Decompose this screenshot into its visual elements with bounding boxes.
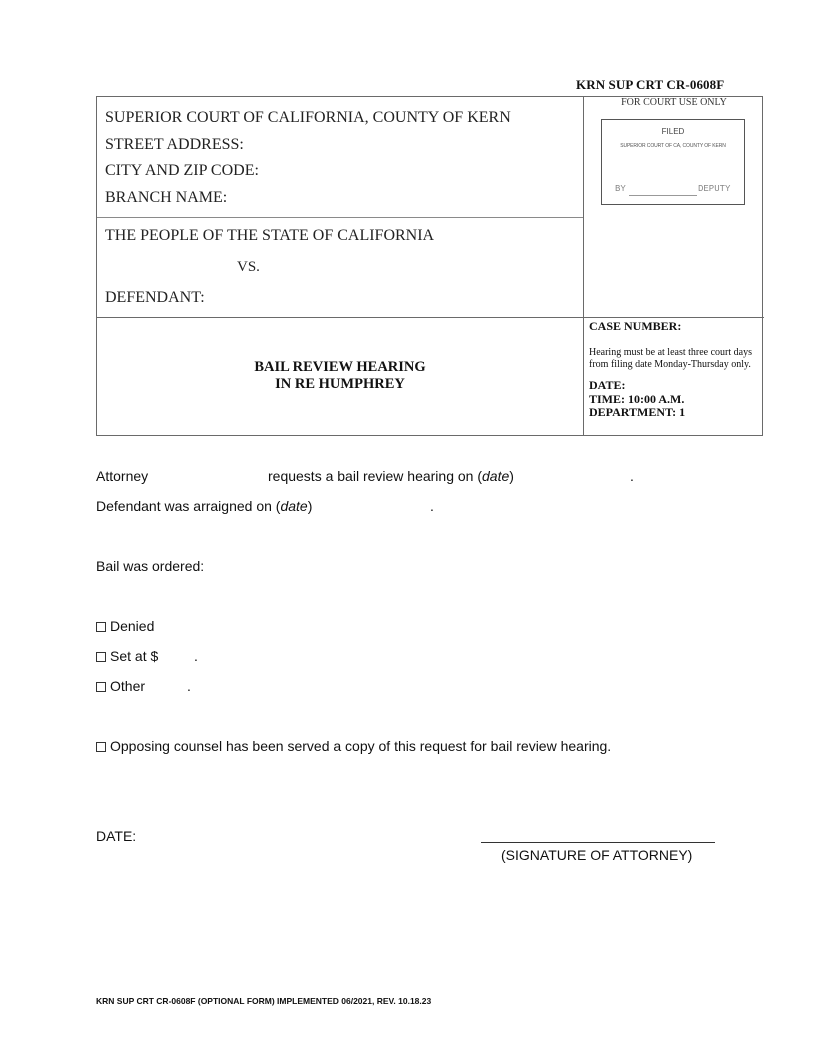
hearing-title: BAIL REVIEW HEARING IN RE HUMPHREY — [97, 359, 583, 393]
branch-name-field[interactable]: BRANCH NAME: — [105, 185, 511, 212]
other-field[interactable]: . — [187, 678, 191, 694]
divider — [97, 217, 583, 218]
signature-date-field[interactable]: DATE: — [96, 828, 136, 844]
attorney-request-line: Attorney requests a bail review hearing … — [96, 468, 148, 484]
checkbox-icon[interactable] — [96, 622, 106, 632]
option-other[interactable]: Other . — [96, 678, 145, 694]
arraigned-line: Defendant was arraigned on (date) . — [96, 498, 312, 514]
arraigned-text: Defendant was arraigned on (date) — [96, 498, 312, 514]
case-info: CASE NUMBER: Hearing must be at least th… — [589, 319, 759, 420]
filed-title: FILED — [602, 127, 744, 136]
checkbox-icon[interactable] — [96, 742, 106, 752]
versus: VS. — [105, 256, 434, 287]
bail-ordered-label: Bail was ordered: — [96, 558, 204, 574]
checkbox-icon[interactable] — [96, 682, 106, 692]
checkbox-icon[interactable] — [96, 652, 106, 662]
served-checkbox[interactable]: Opposing counsel has been served a copy … — [96, 738, 611, 754]
request-date-field[interactable]: . — [630, 468, 634, 484]
plaintiff: THE PEOPLE OF THE STATE OF CALIFORNIA — [105, 225, 434, 256]
filed-stamp-box: FILED SUPERIOR COURT OF CA, COUNTY OF KE… — [601, 119, 745, 205]
city-zip-field[interactable]: CITY AND ZIP CODE: — [105, 158, 511, 185]
court-name: SUPERIOR COURT OF CALIFORNIA, COUNTY OF … — [105, 105, 511, 132]
option-denied[interactable]: Denied — [96, 618, 154, 634]
street-address-field[interactable]: STREET ADDRESS: — [105, 132, 511, 159]
bail-amount-field[interactable]: . — [194, 648, 198, 664]
hearing-title-line2: IN RE HUMPHREY — [97, 376, 583, 393]
arraigned-date-field[interactable]: . — [430, 498, 434, 514]
hearing-date-field[interactable]: DATE: — [589, 379, 759, 393]
parties: THE PEOPLE OF THE STATE OF CALIFORNIA VS… — [105, 225, 434, 318]
filed-subtitle: SUPERIOR COURT OF CA, COUNTY OF KERN — [602, 143, 744, 149]
footer: KRN SUP CRT CR-0608F (OPTIONAL FORM) IMP… — [96, 996, 431, 1006]
hearing-time: TIME: 10:00 A.M. — [589, 393, 759, 407]
deputy-signature-line — [629, 195, 697, 196]
option-set-at[interactable]: Set at $ . — [96, 648, 158, 664]
attorney-label: Attorney — [96, 468, 148, 484]
signature-label: (SIGNATURE OF ATTORNEY) — [501, 847, 692, 863]
deputy-label: DEPUTY — [698, 184, 730, 194]
hearing-note: Hearing must be at least three court day… — [589, 347, 759, 370]
form-code: KRN SUP CRT CR-0608F — [576, 77, 724, 93]
case-number-field[interactable]: CASE NUMBER: — [589, 319, 759, 334]
court-info: SUPERIOR COURT OF CALIFORNIA, COUNTY OF … — [105, 105, 511, 211]
by-label: BY — [615, 184, 626, 194]
hearing-title-line1: BAIL REVIEW HEARING — [97, 359, 583, 376]
hearing-department: DEPARTMENT: 1 — [589, 406, 759, 420]
caption-table: SUPERIOR COURT OF CALIFORNIA, COUNTY OF … — [96, 96, 763, 436]
divider — [583, 97, 584, 436]
request-text: requests a bail review hearing on (date) — [268, 468, 514, 484]
signature-line[interactable] — [481, 842, 715, 843]
court-use-heading: FOR COURT USE ONLY — [584, 97, 764, 108]
defendant-field[interactable]: DEFENDANT: — [105, 287, 434, 318]
